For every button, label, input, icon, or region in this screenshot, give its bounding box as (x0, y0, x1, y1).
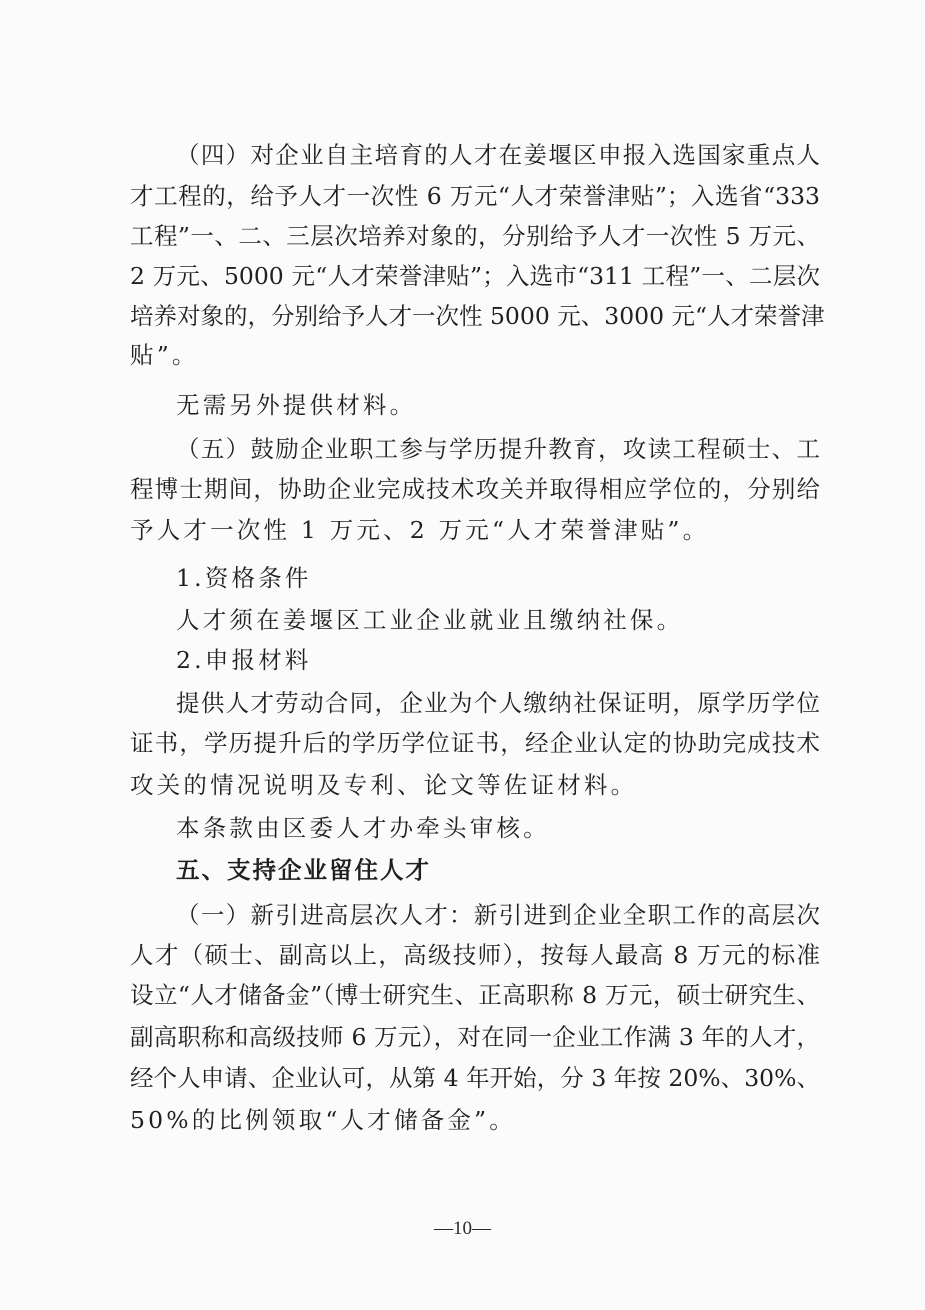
paragraph-line: 提供人才劳动合同，企业为个人缴纳社保证明，原学历学位 (176, 683, 820, 723)
paragraph-line: 本条款由区委人才办牵头审核。 (176, 808, 550, 848)
paragraph-line: 予人才一次性 1 万元、2 万元“人才荣誉津贴”。 (130, 510, 709, 550)
paragraph-line: 培养对象的，分别给予人才一次性 5000 元、3000 元“人才荣誉津 (130, 296, 820, 336)
paragraph-line: （四）对企业自主培育的人才在姜堰区申报入选国家重点人 (176, 135, 820, 175)
paragraph-line: 设立“人才储备金”（博士研究生、正高职称 8 万元，硕士研究生、 (130, 975, 820, 1015)
paragraph-line: 工程”一、二、三层次培养对象的，分别给予人才一次性 5 万元、 (130, 216, 820, 256)
page-number: —10— (0, 1218, 925, 1240)
paragraph-line: 经个人申请、企业认可，从第 4 年开始，分 3 年按 20%、30%、 (130, 1058, 820, 1098)
paragraph-line: 程博士期间，协助企业完成技术攻关并取得相应学位的，分别给 (130, 469, 820, 509)
paragraph-line: 攻关的情况说明及专利、论文等佐证材料。 (130, 765, 637, 805)
paragraph-line: 证书，学历提升后的学历学位证书，经企业认定的协助完成技术 (130, 723, 820, 763)
paragraph-line: 2 万元、5000 元“人才荣誉津贴”；入选市“311 工程”一、二层次 (130, 256, 820, 296)
paragraph-line: 无需另外提供材料。 (176, 385, 416, 425)
paragraph-line: 贴”。 (130, 335, 199, 375)
paragraph-line: （五）鼓励企业职工参与学历提升教育，攻读工程硕士、工 (176, 429, 820, 469)
paragraph-line: 人才须在姜堰区工业企业就业且缴纳社保。 (176, 600, 683, 640)
subsection-title: 1.资格条件 (176, 558, 312, 598)
subsection-title: 2.申报材料 (176, 640, 312, 680)
paragraph-line: 副高职称和高级技师 6 万元），对在同一企业工作满 3 年的人才， (130, 1017, 820, 1057)
section-heading: 五、支持企业留住人才 (176, 850, 431, 890)
paragraph-line: （一）新引进高层次人才：新引进到企业全职工作的高层次 (176, 895, 820, 935)
paragraph-line: 才工程的，给予人才一次性 6 万元“人才荣誉津贴”；入选省“333 (130, 176, 820, 216)
paragraph-line: 人才（硕士、副高以上，高级技师），按每人最高 8 万元的标准 (130, 935, 820, 975)
paragraph-line: 50%的比例领取“人才储备金”。 (130, 1100, 516, 1140)
